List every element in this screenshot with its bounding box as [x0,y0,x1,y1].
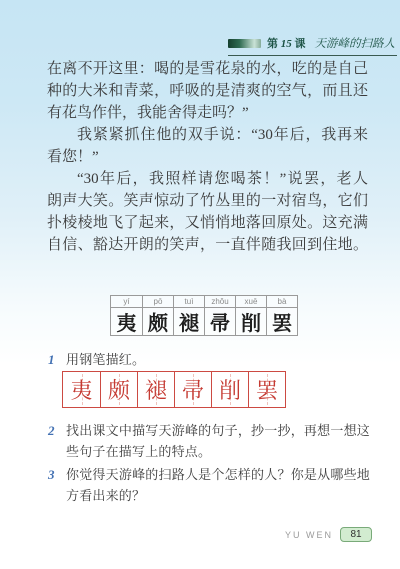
reading-line: 自信、豁达开朗的笑声，一直伴随我回到住地。 [47,234,368,256]
lesson-title: 天游峰的扫路人 [315,35,396,51]
lesson-label-prefix: 第 [267,38,278,50]
reading-line: 在离不开这里：喝的是雪花泉的水，吃的是自己 [47,58,368,80]
exercise-1: 1 用钢笔描红。 [48,349,370,370]
exercise-number: 1 [48,349,66,370]
tracing-cell: 削 [211,372,248,407]
chapter-bar-icon [228,39,261,48]
page-number-badge: 81 [340,527,372,542]
character-cell: 帚 [204,308,235,335]
book-label: YU WEN [285,530,333,540]
exercise-text-line: 用钢笔描红。 [66,349,370,370]
exercise-3: 3 你觉得天游峰的扫路人是个怎样的人？你是从哪些地 方看出来的？ [48,464,370,506]
tracing-cell: 罢 [248,372,285,407]
tracing-cell: 夷 [63,372,100,407]
lesson-number: 15 [281,38,292,50]
tracing-cell: 颇 [100,372,137,407]
exercise-text-line: 你觉得天游峰的扫路人是个怎样的人？你是从哪些地 [66,464,370,485]
pinyin-word-table: yí pō tuì zhǒu xuē bà 夷 颇 褪 帚 削 罢 [110,295,298,336]
reading-line: 种的大米和青菜，呼吸的是清爽的空气，而且还 [47,80,368,102]
tracing-character: 褪 [145,374,167,405]
reading-line: 扑棱棱地飞了起来，又悄悄地落回原处。这充满 [47,212,368,234]
character-cell: 褪 [173,308,204,335]
character-cell: 夷 [111,308,142,335]
exercise-text: 你觉得天游峰的扫路人是个怎样的人？你是从哪些地 方看出来的？ [66,464,370,506]
character-row: 夷 颇 褪 帚 削 罢 [111,308,297,335]
tracing-box: 夷 颇 褪 帚 削 罢 [62,371,286,408]
exercise-number: 3 [48,464,66,506]
reading-passage: 在离不开这里：喝的是雪花泉的水，吃的是自己 种的大米和青菜，呼吸的是清爽的空气，… [47,58,368,256]
lesson-label: 第 15 课 [267,35,306,51]
pinyin-row: yí pō tuì zhǒu xuē bà [111,296,297,308]
reading-line: 看您！” [47,146,368,168]
tracing-character: 帚 [182,374,204,405]
chapter-header: 第 15 课 天游峰的扫路人 [228,35,397,56]
tracing-character: 夷 [70,374,92,405]
lesson-label-suffix: 课 [295,38,306,50]
page-footer: YU WEN 81 [285,527,372,542]
tracing-cell: 帚 [174,372,211,407]
textbook-page: 第 15 课 天游峰的扫路人 在离不开这里：喝的是雪花泉的水，吃的是自己 种的大… [0,0,400,569]
reading-line: 我紧紧抓住他的双手说：“30年后，我再来 [47,124,368,146]
exercise-text-line: 些句子在描写上的特点。 [66,441,370,462]
exercise-text: 用钢笔描红。 [66,349,370,370]
exercise-2: 2 找出课文中描写天游峰的句子，抄一抄，再想一想这 些句子在描写上的特点。 [48,420,370,462]
exercise-text: 找出课文中描写天游峰的句子，抄一抄，再想一想这 些句子在描写上的特点。 [66,420,370,462]
tracing-character: 罢 [256,374,278,405]
tracing-character: 削 [219,374,241,405]
reading-line: “30年后，我照样请您喝茶！”说罢，老人 [47,168,368,190]
character-cell: 削 [235,308,266,335]
character-cell: 罢 [266,308,297,335]
exercise-number: 2 [48,420,66,462]
exercise-text-line: 方看出来的？ [66,485,370,506]
tracing-cell: 褪 [137,372,174,407]
reading-line: 有花鸟作伴，我能舍得走吗？” [47,102,368,124]
tracing-character: 颇 [108,374,130,405]
reading-line: 朗声大笑。笑声惊动了竹丛里的一对宿鸟，它们 [47,190,368,212]
character-cell: 颇 [142,308,173,335]
exercise-text-line: 找出课文中描写天游峰的句子，抄一抄，再想一想这 [66,420,370,441]
